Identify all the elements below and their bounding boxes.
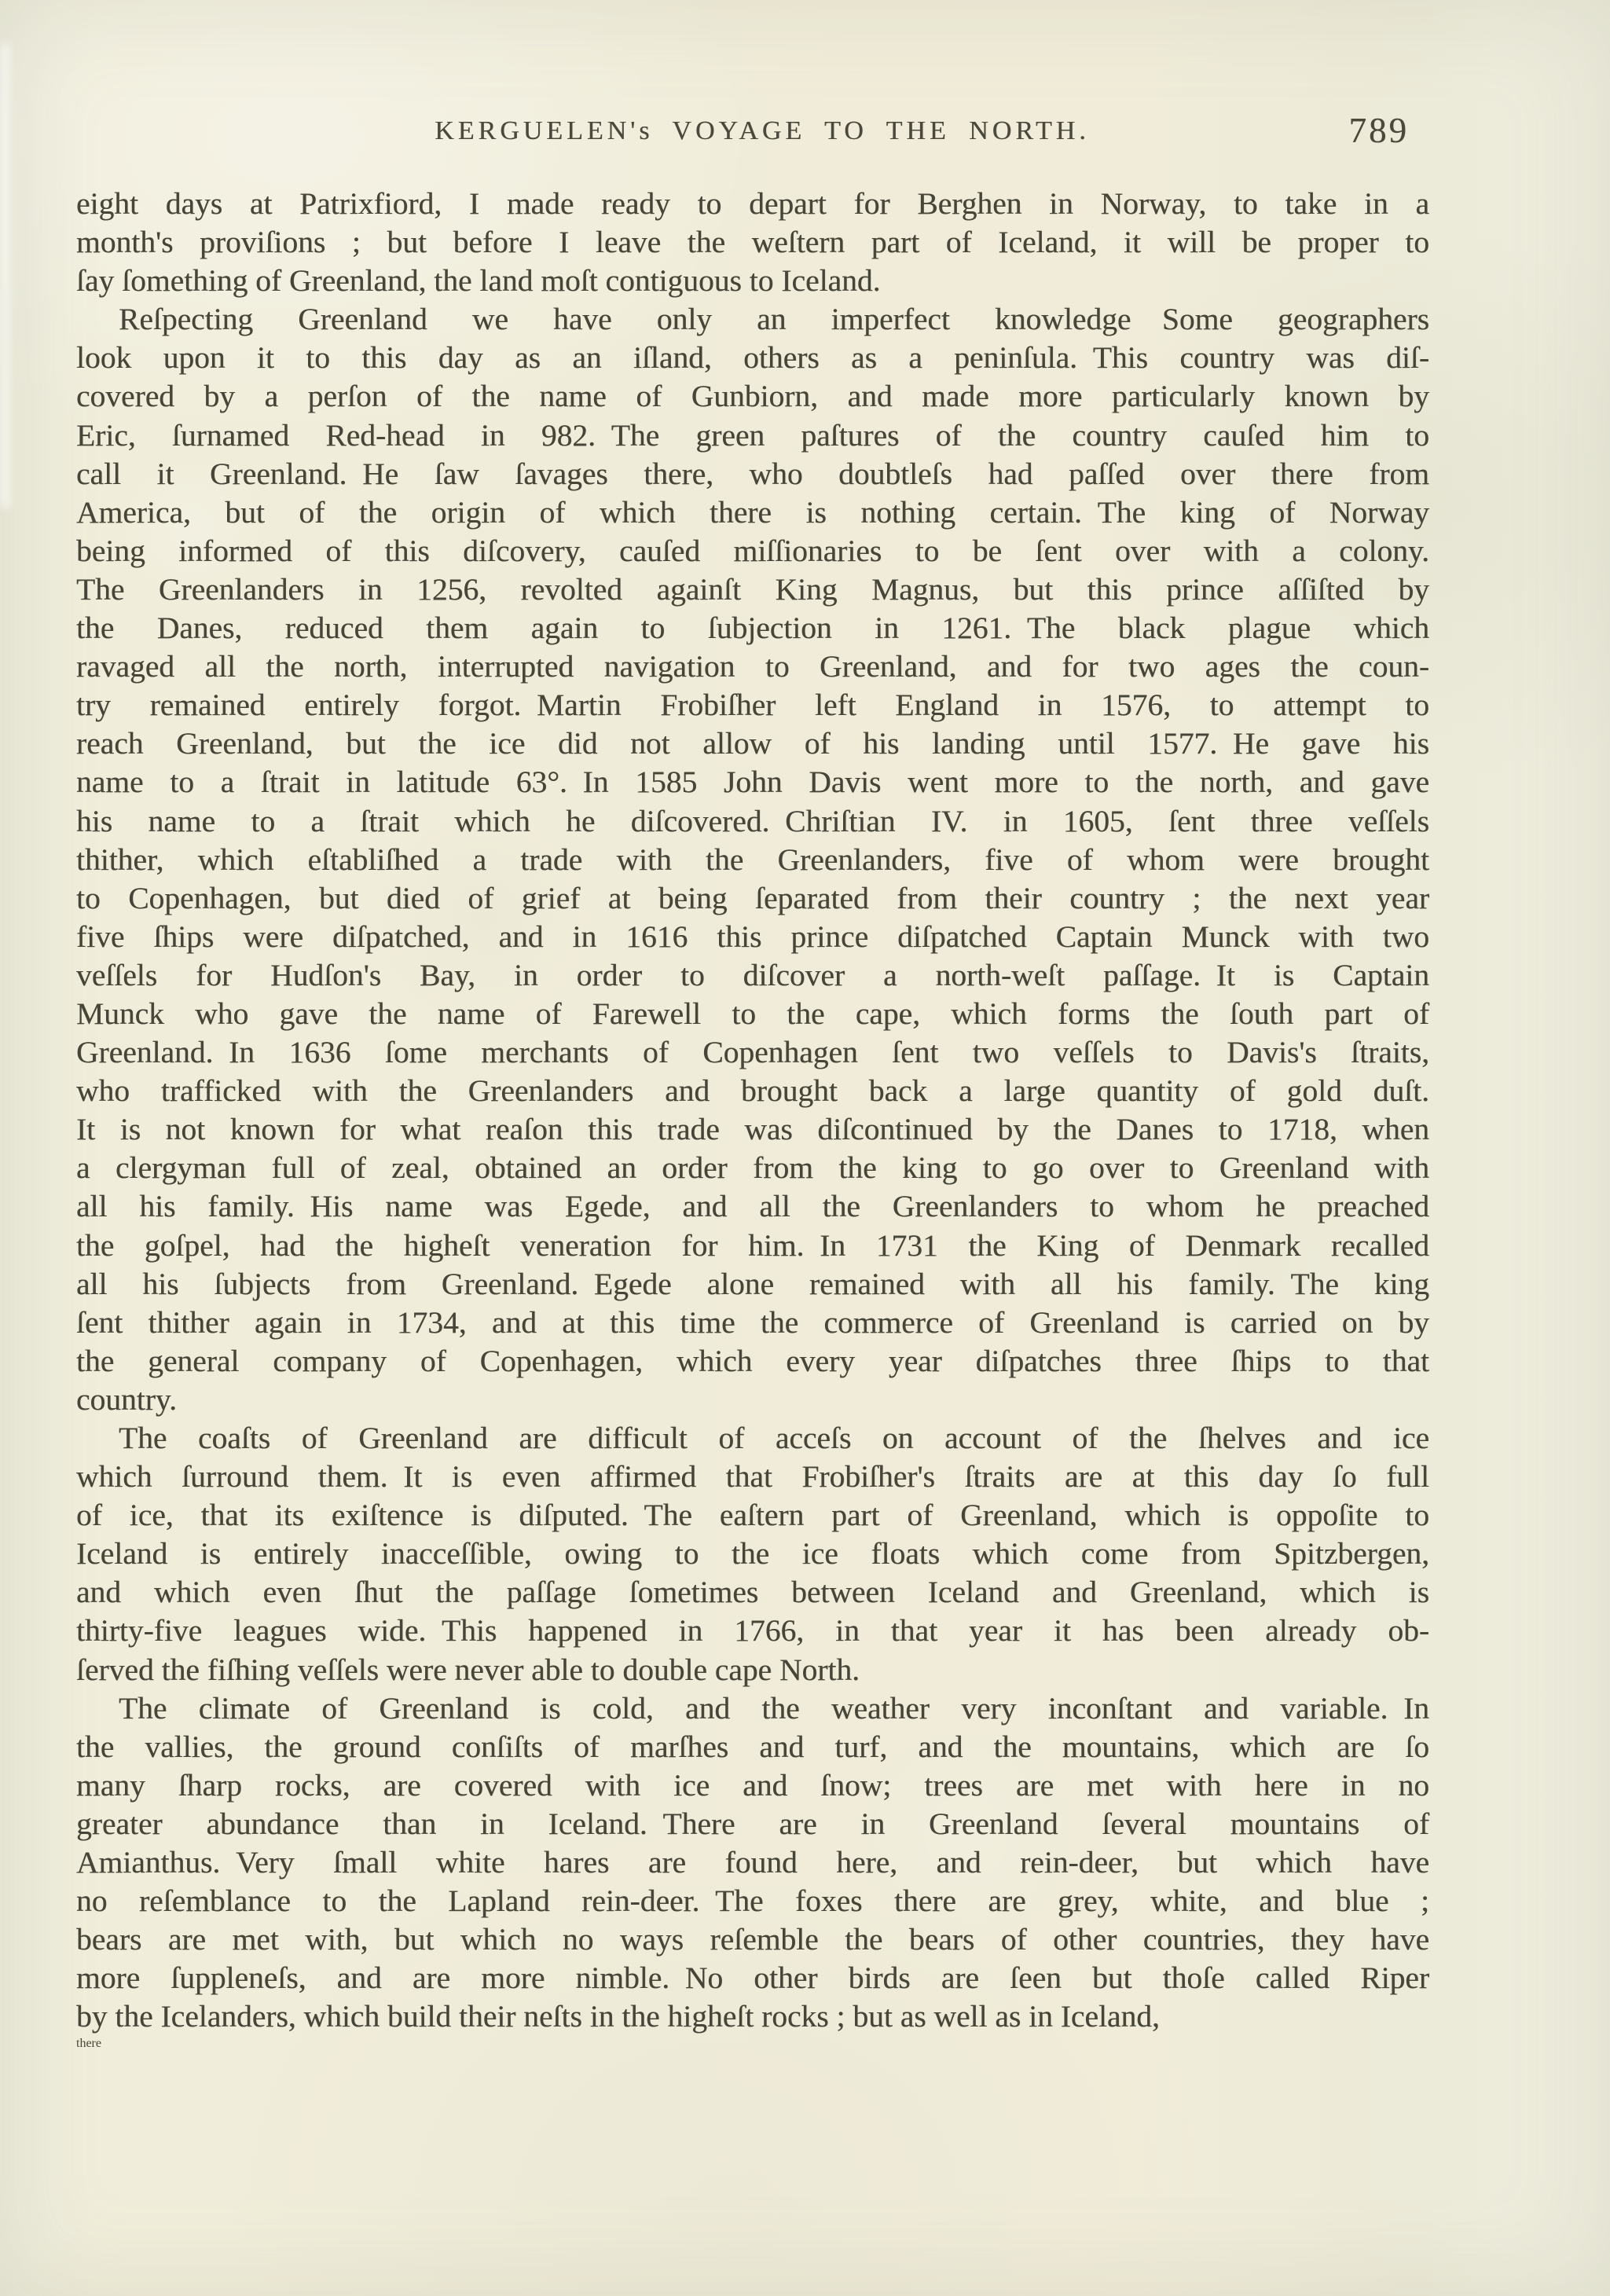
paragraph: The climate of Greenland is cold, and th… (76, 1689, 1429, 2037)
text-line: thirty-five leagues wide. This happened … (76, 1612, 1429, 1650)
text-line: The Greenlanders in 1256, revolted again… (76, 570, 1429, 609)
text-line: look upon it to this day as an iſland, o… (76, 339, 1429, 377)
text-line: thither, which eſtabliſhed a trade with … (76, 841, 1429, 879)
text-line: five ſhips were diſpatched, and in 1616 … (76, 918, 1429, 956)
text-line: ſent thither again in 1734, and at this … (76, 1304, 1429, 1342)
text-line: many ſharp rocks, are covered with ice a… (76, 1766, 1429, 1805)
text-line: Munck who gave the name of Farewell to t… (76, 995, 1429, 1033)
text-line: the vallies, the ground conſiſts of marſ… (76, 1728, 1429, 1766)
text-line: a clergyman full of zeal, obtained an or… (76, 1149, 1429, 1187)
text-line: veſſels for Hudſon's Bay, in order to di… (76, 956, 1429, 995)
text-line: America, but of the origin of which ther… (76, 493, 1429, 532)
scan-edge-artifact (0, 44, 10, 508)
text-line: his name to a ſtrait which he diſcovered… (76, 802, 1429, 841)
text-line: of ice, that its exiſtence is diſputed. … (76, 1496, 1429, 1535)
paragraph: eight days at Patrixfiord, I made ready … (76, 185, 1429, 300)
book-page: KERGUELEN's VOYAGE TO THE NORTH. 789 eig… (0, 0, 1610, 2296)
text-line: more ſuppleneſs, and are more nimble. No… (76, 1959, 1429, 1997)
text-line: Iceland is entirely inacceſſible, owing … (76, 1535, 1429, 1573)
text-line: ſerved the fiſhing veſſels were never ab… (76, 1651, 1429, 1689)
text-line: country. (76, 1381, 1429, 1419)
text-line: call it Greenland. He ſaw ſavages there,… (76, 455, 1429, 493)
running-title: KERGUELEN's VOYAGE TO THE NORTH. (435, 116, 1090, 146)
text-line: all his ſubjects from Greenland. Egede a… (76, 1265, 1429, 1304)
text-line: who trafficked with the Greenlanders and… (76, 1072, 1429, 1110)
text-line: Greenland. In 1636 ſome merchants of Cop… (76, 1033, 1429, 1072)
text-line: bears are met with, but which no ways re… (76, 1920, 1429, 1959)
text-line: ravaged all the north, interrupted navig… (76, 647, 1429, 686)
page-content: KERGUELEN's VOYAGE TO THE NORTH. 789 eig… (76, 0, 1429, 2051)
text-body: eight days at Patrixfiord, I made ready … (76, 185, 1429, 2037)
text-line: being informed of this diſcovery, cauſed… (76, 532, 1429, 570)
text-line: Eric, ſurnamed Red-head in 982. The gree… (76, 416, 1429, 455)
text-line: Reſpecting Greenland we have only an imp… (76, 300, 1429, 339)
text-line: name to a ſtrait in latitude 63°. In 158… (76, 763, 1429, 801)
paragraph: The coaſts of Greenland are difficult of… (76, 1419, 1429, 1689)
text-line: It is not known for what reaſon this tra… (76, 1110, 1429, 1149)
catchword: there (76, 2037, 1429, 2051)
text-line: the goſpel, had the higheſt veneration f… (76, 1227, 1429, 1265)
text-line: reach Greenland, but the ice did not all… (76, 724, 1429, 763)
text-line: no reſemblance to the Lapland rein-deer.… (76, 1882, 1429, 1920)
text-line: month's proviſions ; but before I leave … (76, 223, 1429, 262)
page-header: KERGUELEN's VOYAGE TO THE NORTH. 789 (76, 115, 1429, 157)
text-line: ſay ſomething of Greenland, the land moſ… (76, 262, 1429, 300)
text-line: all his family. His name was Egede, and … (76, 1187, 1429, 1226)
text-line: to Copenhagen, but died of grief at bein… (76, 879, 1429, 918)
text-line: the general company of Copenhagen, which… (76, 1342, 1429, 1381)
page-number: 789 (1349, 110, 1410, 151)
text-line: The coaſts of Greenland are difficult of… (76, 1419, 1429, 1458)
text-line: try remained entirely forgot. Martin Fro… (76, 686, 1429, 724)
paragraph: Reſpecting Greenland we have only an imp… (76, 300, 1429, 1419)
text-line: Amianthus. Very ſmall white hares are fo… (76, 1843, 1429, 1882)
text-line: covered by a perſon of the name of Gunbi… (76, 377, 1429, 416)
text-line: and which even ſhut the paſſage ſometime… (76, 1573, 1429, 1612)
text-line: by the Icelanders, which build their neſ… (76, 1997, 1429, 2036)
text-line: which ſurround them. It is even affirmed… (76, 1458, 1429, 1496)
text-line: The climate of Greenland is cold, and th… (76, 1689, 1429, 1728)
text-line: eight days at Patrixfiord, I made ready … (76, 185, 1429, 223)
text-line: the Danes, reduced them again to ſubject… (76, 609, 1429, 647)
text-line: greater abundance than in Iceland. There… (76, 1805, 1429, 1843)
